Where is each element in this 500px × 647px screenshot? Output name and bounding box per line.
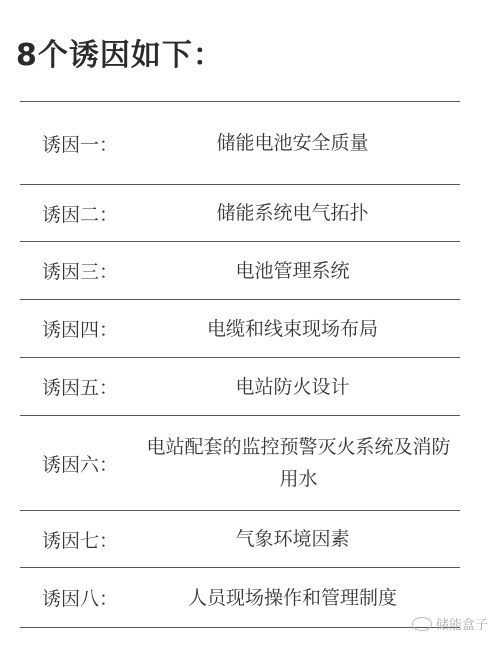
row-label: 诱因六： xyxy=(20,450,137,477)
row-value: 储能系统电气拓扑 xyxy=(137,197,460,229)
table-row: 诱因四： 电缆和线束现场布局 xyxy=(20,300,460,358)
table-row: 诱因六： 电站配套的监控预警灭火系统及消防用水 xyxy=(20,416,460,511)
table-row: 诱因三： 电池管理系统 xyxy=(20,242,460,300)
table-row: 诱因一： 储能电池安全质量 xyxy=(20,102,460,185)
row-label: 诱因一： xyxy=(20,130,137,157)
row-value: 电缆和线束现场布局 xyxy=(137,313,460,345)
table-row: 诱因七： 气象环境因素 xyxy=(20,511,460,568)
table-row: 诱因八： 人员现场操作和管理制度 xyxy=(20,568,460,628)
row-value: 储能电池安全质量 xyxy=(137,127,460,159)
causes-table: 诱因一： 储能电池安全质量 诱因二： 储能系统电气拓扑 诱因三： 电池管理系统 … xyxy=(20,101,460,628)
watermark: 储能盒子 xyxy=(412,614,488,633)
row-value: 电池管理系统 xyxy=(137,255,460,287)
row-label: 诱因七： xyxy=(20,526,137,553)
page-title: 8个诱因如下： xyxy=(16,30,224,74)
row-value: 电站配套的监控预警灭火系统及消防用水 xyxy=(137,431,460,495)
row-label: 诱因四： xyxy=(20,315,137,342)
row-label: 诱因五： xyxy=(20,373,137,400)
table-row: 诱因二： 储能系统电气拓扑 xyxy=(20,185,460,242)
row-value: 电站防火设计 xyxy=(137,371,460,403)
watermark-text: 储能盒子 xyxy=(436,614,488,633)
row-value: 人员现场操作和管理制度 xyxy=(137,582,460,614)
row-value: 气象环境因素 xyxy=(137,523,460,555)
row-label: 诱因八： xyxy=(20,584,137,611)
table-row: 诱因五： 电站防火设计 xyxy=(20,358,460,416)
row-label: 诱因二： xyxy=(20,200,137,227)
row-label: 诱因三： xyxy=(20,257,137,284)
wechat-icon xyxy=(412,617,432,631)
